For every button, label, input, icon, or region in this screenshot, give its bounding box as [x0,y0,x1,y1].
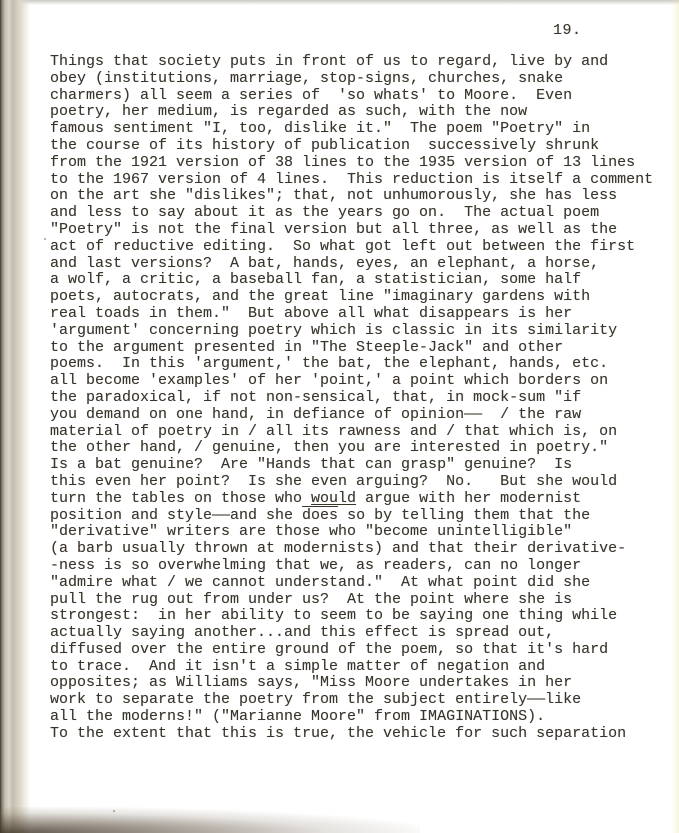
text-line: to the argument presented in "The Steepl… [50,340,653,357]
text-line: famous sentiment "I, too, dislike it." T… [50,121,653,138]
text-line: all become 'examples' of her 'point,' a … [50,373,653,390]
text-line: to the 1967 version of 4 lines. This red… [50,172,653,189]
text-line: pull the rug out from under us? At the p… [50,592,653,609]
text-line: actually saying another...and this effec… [50,625,653,642]
paper-speck [113,810,115,812]
text-line: and last versions? A bat, hands, eyes, a… [50,256,653,273]
text-line: act of reductive editing. So what got le… [50,239,653,256]
text-line: Things that society puts in front of us … [50,54,653,71]
text-line: Is a bat genuine? Are "Hands that can gr… [50,457,653,474]
text-line: all the moderns!" ("Marianne Moore" from… [50,709,653,726]
paper-speck [44,238,46,240]
text-line: poems. In this 'argument,' the bat, the … [50,356,653,373]
typescript-text-block: Things that society puts in front of us … [50,54,653,743]
text-line: "Poetry" is not the final version but al… [50,222,653,239]
text-line: position and style——and she does so by t… [50,508,653,525]
text-line: work to separate the poetry from the sub… [50,692,653,709]
text-line: "derivative" writers are those who "beco… [50,524,653,541]
text-line: 'argument' concerning poetry which is cl… [50,323,653,340]
text-line: the other hand, / genuine, then you are … [50,440,653,457]
text-line: the paradoxical, if not non-sensical, th… [50,390,653,407]
text-line: you demand on one hand, in defiance of o… [50,407,653,424]
text-line: turn the tables on those who would argue… [50,491,653,508]
text-line: -ness is so overwhelming that we, as rea… [50,558,653,575]
text-line: diffused over the entire ground of the p… [50,642,653,659]
text-line: charmers) all seem a series of 'so whats… [50,88,653,105]
scanned-book-page: 19. Things that society puts in front of… [0,0,679,833]
text-line: strongest: in her ability to seem to be … [50,608,653,625]
scan-bottom-shadow [0,807,420,833]
text-line: "admire what / we cannot understand." At… [50,575,653,592]
text-line: opposites; as Williams says, "Miss Moore… [50,675,653,692]
text-line: and less to say about it as the years go… [50,205,653,222]
text-line: on the art she "dislikes"; that, not unh… [50,188,653,205]
text-line: from the 1921 version of 38 lines to the… [50,155,653,172]
scan-right-edge [671,0,679,833]
text-line: the course of its history of publication… [50,138,653,155]
text-line: obey (institutions, marriage, stop-signs… [50,71,653,88]
page-number: 19. [553,22,582,39]
text-line: real toads in them." But above all what … [50,306,653,323]
scan-top-edge [0,0,679,5]
text-line: To the extent that this is true, the veh… [50,726,653,743]
text-line: (a barb usually thrown at modernists) an… [50,541,653,558]
text-line: a wolf, a critic, a baseball fan, a stat… [50,272,653,289]
text-line: this even her point? Is she even arguing… [50,474,653,491]
text-line: material of poetry in / all its rawness … [50,424,653,441]
text-line: to trace. And it isn't a simple matter o… [50,659,653,676]
text-line: poetry, her medium, is regarded as such,… [50,104,653,121]
text-line: poets, autocrats, and the great line "im… [50,289,653,306]
book-spine-shadow [0,0,30,833]
